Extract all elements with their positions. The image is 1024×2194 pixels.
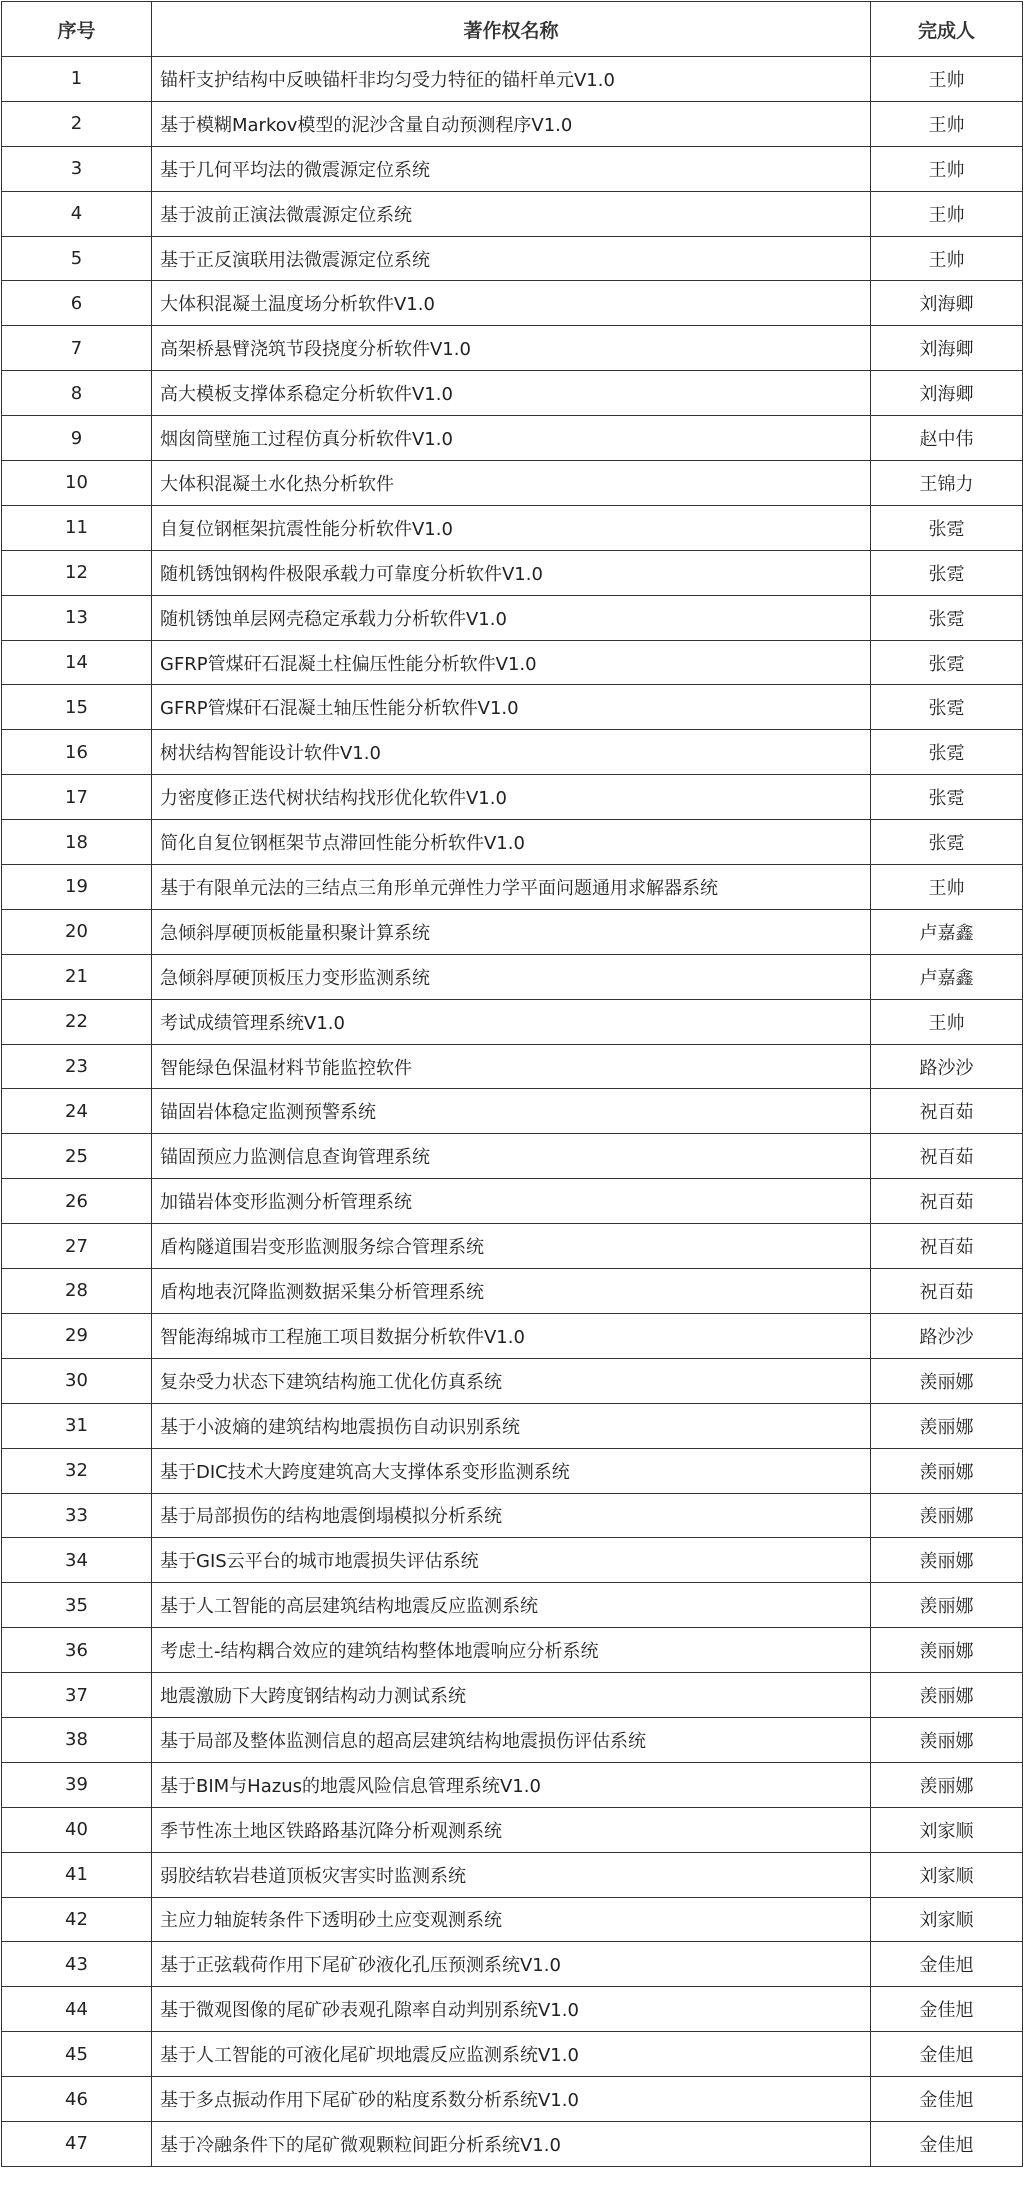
- row-person: 路沙沙: [871, 1313, 1023, 1358]
- row-copyright-name: 锚固岩体稳定监测预警系统: [152, 1089, 871, 1134]
- row-copyright-name: 随机锈蚀单层网壳稳定承载力分析软件V1.0: [152, 595, 871, 640]
- row-person: 王帅: [871, 865, 1023, 910]
- row-copyright-name: GFRP管煤矸石混凝土柱偏压性能分析软件V1.0: [152, 640, 871, 685]
- row-copyright-name: 考虑土-结构耦合效应的建筑结构整体地震响应分析系统: [152, 1628, 871, 1673]
- row-person: 王帅: [871, 999, 1023, 1044]
- header-index: 序号: [2, 2, 152, 57]
- table-row: 12随机锈蚀钢构件极限承载力可靠度分析软件V1.0张霓: [2, 550, 1023, 595]
- row-copyright-name: 烟囱筒壁施工过程仿真分析软件V1.0: [152, 416, 871, 461]
- row-copyright-name: 基于冷融条件下的尾矿微观颗粒间距分析系统V1.0: [152, 2121, 871, 2166]
- table-row: 23智能绿色保温材料节能监控软件路沙沙: [2, 1044, 1023, 1089]
- table-row: 26加锚岩体变形监测分析管理系统祝百茹: [2, 1179, 1023, 1224]
- row-person: 王帅: [871, 236, 1023, 281]
- table-row: 20急倾斜厚硬顶板能量积聚计算系统卢嘉鑫: [2, 909, 1023, 954]
- row-person: 王帅: [871, 101, 1023, 146]
- row-copyright-name: 盾构地表沉降监测数据采集分析管理系统: [152, 1269, 871, 1314]
- row-index: 44: [2, 1987, 152, 2032]
- table-row: 19基于有限单元法的三结点三角形单元弹性力学平面问题通用求解器系统王帅: [2, 865, 1023, 910]
- row-index: 41: [2, 1852, 152, 1897]
- table-row: 10大体积混凝土水化热分析软件王锦力: [2, 461, 1023, 506]
- row-index: 26: [2, 1179, 152, 1224]
- row-index: 16: [2, 730, 152, 775]
- row-person: 羡丽娜: [871, 1583, 1023, 1628]
- row-person: 卢嘉鑫: [871, 954, 1023, 999]
- row-person: 刘海卿: [871, 326, 1023, 371]
- row-person: 羡丽娜: [871, 1403, 1023, 1448]
- row-index: 18: [2, 820, 152, 865]
- row-person: 王帅: [871, 191, 1023, 236]
- row-index: 2: [2, 101, 152, 146]
- row-person: 王锦力: [871, 461, 1023, 506]
- row-person: 刘海卿: [871, 371, 1023, 416]
- table-row: 34基于GIS云平台的城市地震损失评估系统羡丽娜: [2, 1538, 1023, 1583]
- copyright-table: 序号 著作权名称 完成人 1锚杆支护结构中反映锚杆非均匀受力特征的锚杆单元V1.…: [1, 1, 1023, 2167]
- table-row: 9烟囱筒壁施工过程仿真分析软件V1.0赵中伟: [2, 416, 1023, 461]
- table-body: 1锚杆支护结构中反映锚杆非均匀受力特征的锚杆单元V1.0王帅2基于模糊Marko…: [2, 57, 1023, 2167]
- row-copyright-name: 基于波前正演法微震源定位系统: [152, 191, 871, 236]
- row-copyright-name: 主应力轴旋转条件下透明砂土应变观测系统: [152, 1897, 871, 1942]
- row-person: 刘家顺: [871, 1852, 1023, 1897]
- row-person: 张霓: [871, 685, 1023, 730]
- row-person: 羡丽娜: [871, 1628, 1023, 1673]
- row-index: 37: [2, 1673, 152, 1718]
- row-person: 羡丽娜: [871, 1358, 1023, 1403]
- row-copyright-name: 智能绿色保温材料节能监控软件: [152, 1044, 871, 1089]
- row-index: 3: [2, 146, 152, 191]
- table-row: 2基于模糊Markov模型的泥沙含量自动预测程序V1.0王帅: [2, 101, 1023, 146]
- row-index: 39: [2, 1762, 152, 1807]
- row-index: 33: [2, 1493, 152, 1538]
- row-copyright-name: 随机锈蚀钢构件极限承载力可靠度分析软件V1.0: [152, 550, 871, 595]
- header-person: 完成人: [871, 2, 1023, 57]
- row-index: 19: [2, 865, 152, 910]
- row-copyright-name: 基于局部损伤的结构地震倒塌模拟分析系统: [152, 1493, 871, 1538]
- table-row: 16树状结构智能设计软件V1.0张霓: [2, 730, 1023, 775]
- table-row: 29智能海绵城市工程施工项目数据分析软件V1.0路沙沙: [2, 1313, 1023, 1358]
- row-person: 路沙沙: [871, 1044, 1023, 1089]
- row-person: 祝百茹: [871, 1224, 1023, 1269]
- row-index: 9: [2, 416, 152, 461]
- row-index: 1: [2, 57, 152, 102]
- row-copyright-name: 高架桥悬臂浇筑节段挠度分析软件V1.0: [152, 326, 871, 371]
- table-row: 46基于多点振动作用下尾矿砂的粘度系数分析系统V1.0金佳旭: [2, 2077, 1023, 2122]
- table-row: 14GFRP管煤矸石混凝土柱偏压性能分析软件V1.0张霓: [2, 640, 1023, 685]
- table-row: 1锚杆支护结构中反映锚杆非均匀受力特征的锚杆单元V1.0王帅: [2, 57, 1023, 102]
- row-copyright-name: 复杂受力状态下建筑结构施工优化仿真系统: [152, 1358, 871, 1403]
- row-person: 张霓: [871, 730, 1023, 775]
- row-index: 45: [2, 2032, 152, 2077]
- table-row: 35基于人工智能的高层建筑结构地震反应监测系统羡丽娜: [2, 1583, 1023, 1628]
- row-person: 张霓: [871, 595, 1023, 640]
- table-row: 15GFRP管煤矸石混凝土轴压性能分析软件V1.0张霓: [2, 685, 1023, 730]
- table-row: 44基于微观图像的尾矿砂表观孔隙率自动判别系统V1.0金佳旭: [2, 1987, 1023, 2032]
- table-row: 28盾构地表沉降监测数据采集分析管理系统祝百茹: [2, 1269, 1023, 1314]
- table-row: 3基于几何平均法的微震源定位系统王帅: [2, 146, 1023, 191]
- row-person: 羡丽娜: [871, 1762, 1023, 1807]
- table-row: 43基于正弦载荷作用下尾矿砂液化孔压预测系统V1.0金佳旭: [2, 1942, 1023, 1987]
- row-copyright-name: 锚杆支护结构中反映锚杆非均匀受力特征的锚杆单元V1.0: [152, 57, 871, 102]
- row-copyright-name: 季节性冻土地区铁路路基沉降分析观测系统: [152, 1807, 871, 1852]
- row-person: 羡丽娜: [871, 1493, 1023, 1538]
- table-row: 32基于DIC技术大跨度建筑高大支撑体系变形监测系统羡丽娜: [2, 1448, 1023, 1493]
- row-person: 卢嘉鑫: [871, 909, 1023, 954]
- row-person: 金佳旭: [871, 2032, 1023, 2077]
- row-copyright-name: 基于有限单元法的三结点三角形单元弹性力学平面问题通用求解器系统: [152, 865, 871, 910]
- table-row: 4基于波前正演法微震源定位系统王帅: [2, 191, 1023, 236]
- header-copyright-name: 著作权名称: [152, 2, 871, 57]
- row-copyright-name: 智能海绵城市工程施工项目数据分析软件V1.0: [152, 1313, 871, 1358]
- row-copyright-name: 盾构隧道围岩变形监测服务综合管理系统: [152, 1224, 871, 1269]
- row-copyright-name: 基于GIS云平台的城市地震损失评估系统: [152, 1538, 871, 1583]
- row-person: 王帅: [871, 57, 1023, 102]
- row-index: 22: [2, 999, 152, 1044]
- row-index: 30: [2, 1358, 152, 1403]
- row-person: 刘家顺: [871, 1897, 1023, 1942]
- row-copyright-name: 基于小波熵的建筑结构地震损伤自动识别系统: [152, 1403, 871, 1448]
- row-index: 35: [2, 1583, 152, 1628]
- row-person: 张霓: [871, 550, 1023, 595]
- row-index: 46: [2, 2077, 152, 2122]
- row-index: 10: [2, 461, 152, 506]
- table-row: 8高大模板支撑体系稳定分析软件V1.0刘海卿: [2, 371, 1023, 416]
- row-person: 祝百茹: [871, 1134, 1023, 1179]
- row-person: 祝百茹: [871, 1269, 1023, 1314]
- table-row: 30复杂受力状态下建筑结构施工优化仿真系统羡丽娜: [2, 1358, 1023, 1403]
- row-person: 金佳旭: [871, 1987, 1023, 2032]
- table-row: 21急倾斜厚硬顶板压力变形监测系统卢嘉鑫: [2, 954, 1023, 999]
- row-index: 4: [2, 191, 152, 236]
- table-row: 25锚固预应力监测信息查询管理系统祝百茹: [2, 1134, 1023, 1179]
- table-row: 18简化自复位钢框架节点滞回性能分析软件V1.0张霓: [2, 820, 1023, 865]
- row-index: 32: [2, 1448, 152, 1493]
- row-copyright-name: 锚固预应力监测信息查询管理系统: [152, 1134, 871, 1179]
- row-index: 6: [2, 281, 152, 326]
- row-copyright-name: 高大模板支撑体系稳定分析软件V1.0: [152, 371, 871, 416]
- row-copyright-name: 基于多点振动作用下尾矿砂的粘度系数分析系统V1.0: [152, 2077, 871, 2122]
- row-copyright-name: 大体积混凝土水化热分析软件: [152, 461, 871, 506]
- row-copyright-name: 基于正弦载荷作用下尾矿砂液化孔压预测系统V1.0: [152, 1942, 871, 1987]
- row-copyright-name: 力密度修正迭代树状结构找形优化软件V1.0: [152, 775, 871, 820]
- row-person: 刘海卿: [871, 281, 1023, 326]
- row-person: 金佳旭: [871, 2121, 1023, 2166]
- row-copyright-name: GFRP管煤矸石混凝土轴压性能分析软件V1.0: [152, 685, 871, 730]
- row-copyright-name: 基于DIC技术大跨度建筑高大支撑体系变形监测系统: [152, 1448, 871, 1493]
- row-person: 张霓: [871, 505, 1023, 550]
- row-index: 11: [2, 505, 152, 550]
- row-index: 40: [2, 1807, 152, 1852]
- row-index: 14: [2, 640, 152, 685]
- row-index: 7: [2, 326, 152, 371]
- row-index: 23: [2, 1044, 152, 1089]
- row-index: 25: [2, 1134, 152, 1179]
- row-person: 羡丽娜: [871, 1673, 1023, 1718]
- row-index: 29: [2, 1313, 152, 1358]
- row-person: 羡丽娜: [871, 1538, 1023, 1583]
- row-index: 15: [2, 685, 152, 730]
- row-index: 13: [2, 595, 152, 640]
- row-person: 祝百茹: [871, 1179, 1023, 1224]
- row-copyright-name: 大体积混凝土温度场分析软件V1.0: [152, 281, 871, 326]
- table-row: 13随机锈蚀单层网壳稳定承载力分析软件V1.0张霓: [2, 595, 1023, 640]
- row-index: 12: [2, 550, 152, 595]
- row-copyright-name: 考试成绩管理系统V1.0: [152, 999, 871, 1044]
- row-index: 20: [2, 909, 152, 954]
- table-row: 5基于正反演联用法微震源定位系统王帅: [2, 236, 1023, 281]
- row-copyright-name: 基于微观图像的尾矿砂表观孔隙率自动判别系统V1.0: [152, 1987, 871, 2032]
- row-copyright-name: 基于人工智能的可液化尾矿坝地震反应监测系统V1.0: [152, 2032, 871, 2077]
- row-copyright-name: 基于人工智能的高层建筑结构地震反应监测系统: [152, 1583, 871, 1628]
- table-row: 40季节性冻土地区铁路路基沉降分析观测系统刘家顺: [2, 1807, 1023, 1852]
- table-header-row: 序号 著作权名称 完成人: [2, 2, 1023, 57]
- row-index: 34: [2, 1538, 152, 1583]
- table-row: 17力密度修正迭代树状结构找形优化软件V1.0张霓: [2, 775, 1023, 820]
- row-copyright-name: 基于BIM与Hazus的地震风险信息管理系统V1.0: [152, 1762, 871, 1807]
- row-copyright-name: 加锚岩体变形监测分析管理系统: [152, 1179, 871, 1224]
- table-row: 24锚固岩体稳定监测预警系统祝百茹: [2, 1089, 1023, 1134]
- row-copyright-name: 基于正反演联用法微震源定位系统: [152, 236, 871, 281]
- row-person: 金佳旭: [871, 2077, 1023, 2122]
- row-person: 张霓: [871, 775, 1023, 820]
- table-row: 37地震激励下大跨度钢结构动力测试系统羡丽娜: [2, 1673, 1023, 1718]
- row-copyright-name: 树状结构智能设计软件V1.0: [152, 730, 871, 775]
- row-index: 5: [2, 236, 152, 281]
- row-index: 31: [2, 1403, 152, 1448]
- row-index: 47: [2, 2121, 152, 2166]
- row-copyright-name: 自复位钢框架抗震性能分析软件V1.0: [152, 505, 871, 550]
- table-row: 39基于BIM与Hazus的地震风险信息管理系统V1.0羡丽娜: [2, 1762, 1023, 1807]
- row-person: 张霓: [871, 640, 1023, 685]
- row-index: 27: [2, 1224, 152, 1269]
- row-index: 43: [2, 1942, 152, 1987]
- row-person: 张霓: [871, 820, 1023, 865]
- row-index: 38: [2, 1717, 152, 1762]
- row-copyright-name: 基于局部及整体监测信息的超高层建筑结构地震损伤评估系统: [152, 1717, 871, 1762]
- table-row: 41弱胶结软岩巷道顶板灾害实时监测系统刘家顺: [2, 1852, 1023, 1897]
- row-index: 36: [2, 1628, 152, 1673]
- row-copyright-name: 基于模糊Markov模型的泥沙含量自动预测程序V1.0: [152, 101, 871, 146]
- row-copyright-name: 基于几何平均法的微震源定位系统: [152, 146, 871, 191]
- row-index: 42: [2, 1897, 152, 1942]
- row-copyright-name: 急倾斜厚硬顶板能量积聚计算系统: [152, 909, 871, 954]
- table-row: 33基于局部损伤的结构地震倒塌模拟分析系统羡丽娜: [2, 1493, 1023, 1538]
- row-index: 21: [2, 954, 152, 999]
- row-person: 刘家顺: [871, 1807, 1023, 1852]
- table-row: 11自复位钢框架抗震性能分析软件V1.0张霓: [2, 505, 1023, 550]
- row-person: 赵中伟: [871, 416, 1023, 461]
- row-index: 8: [2, 371, 152, 416]
- table-row: 42主应力轴旋转条件下透明砂土应变观测系统刘家顺: [2, 1897, 1023, 1942]
- row-index: 17: [2, 775, 152, 820]
- row-person: 祝百茹: [871, 1089, 1023, 1134]
- table-row: 36考虑土-结构耦合效应的建筑结构整体地震响应分析系统羡丽娜: [2, 1628, 1023, 1673]
- table-row: 27盾构隧道围岩变形监测服务综合管理系统祝百茹: [2, 1224, 1023, 1269]
- table-row: 6大体积混凝土温度场分析软件V1.0刘海卿: [2, 281, 1023, 326]
- row-person: 王帅: [871, 146, 1023, 191]
- row-index: 28: [2, 1269, 152, 1314]
- table-row: 38基于局部及整体监测信息的超高层建筑结构地震损伤评估系统羡丽娜: [2, 1717, 1023, 1762]
- row-person: 羡丽娜: [871, 1717, 1023, 1762]
- table-row: 31基于小波熵的建筑结构地震损伤自动识别系统羡丽娜: [2, 1403, 1023, 1448]
- row-person: 金佳旭: [871, 1942, 1023, 1987]
- row-person: 羡丽娜: [871, 1448, 1023, 1493]
- row-index: 24: [2, 1089, 152, 1134]
- row-copyright-name: 急倾斜厚硬顶板压力变形监测系统: [152, 954, 871, 999]
- row-copyright-name: 简化自复位钢框架节点滞回性能分析软件V1.0: [152, 820, 871, 865]
- row-copyright-name: 地震激励下大跨度钢结构动力测试系统: [152, 1673, 871, 1718]
- row-copyright-name: 弱胶结软岩巷道顶板灾害实时监测系统: [152, 1852, 871, 1897]
- table-row: 45基于人工智能的可液化尾矿坝地震反应监测系统V1.0金佳旭: [2, 2032, 1023, 2077]
- table-row: 47基于冷融条件下的尾矿微观颗粒间距分析系统V1.0金佳旭: [2, 2121, 1023, 2166]
- table-row: 7高架桥悬臂浇筑节段挠度分析软件V1.0刘海卿: [2, 326, 1023, 371]
- table-row: 22考试成绩管理系统V1.0王帅: [2, 999, 1023, 1044]
